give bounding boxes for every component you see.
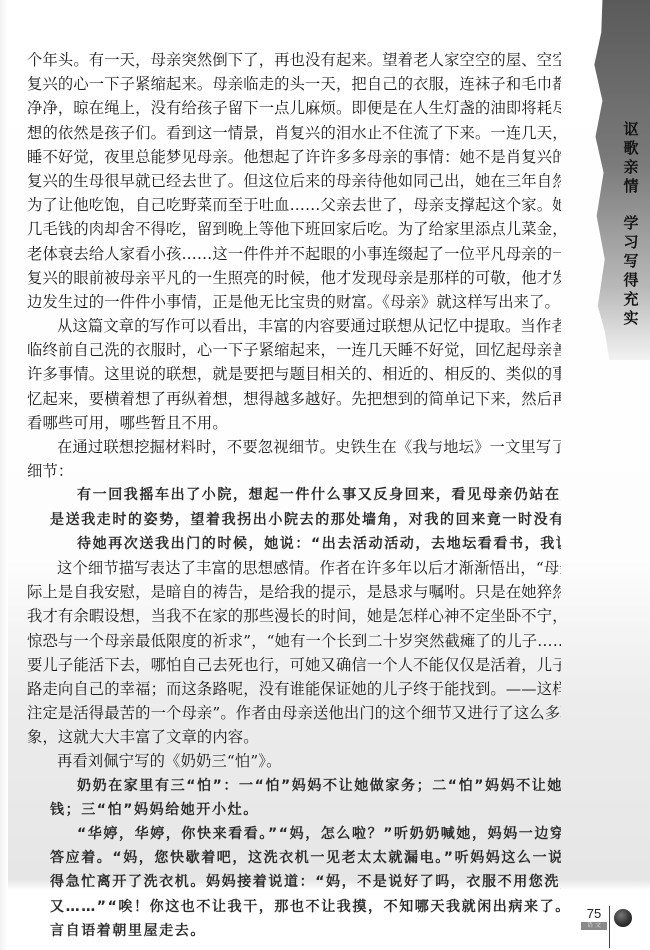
side-subtitle-char: 得	[622, 271, 640, 290]
side-title-char: 歌	[622, 139, 640, 158]
paragraph-line: 惊恐与一个母亲最低限度的祈求”，“她有一个长到二十岁突然截瘫了的儿子……她想，只	[27, 629, 561, 653]
side-title-gap	[622, 196, 640, 214]
globe-icon	[614, 909, 632, 927]
textbook-page: 讴 歌 亲 情 学 习 写 得 充 实 个年头。有一天，母亲突然倒下了，再也没有…	[0, 0, 650, 950]
side-subtitle-char: 写	[622, 252, 640, 271]
paragraph-line: 注定是活得最苦的一个母亲”。作者由母亲送他出门的这个细节又进行了这么多联想和想	[27, 701, 561, 725]
paragraph-line: 在通过联想挖掘材料时，不要忽视细节。史铁生在《我与地坛》一文里写了这样一个	[27, 435, 561, 459]
quoted-excerpt-line: 答应着。“妈，您快歇着吧，这洗衣机一见老太太就漏电。”听妈妈这么一说，奶奶吓	[27, 846, 561, 870]
quoted-excerpt-line: 是送我走时的姿势，望着我拐出小院去的那处墙角，对我的回来竟一时没有反应。	[27, 508, 561, 532]
paragraph-line: 看哪些可用，哪些暂且不用。	[27, 411, 561, 435]
side-subtitle-char: 充	[622, 290, 640, 309]
paragraph-line: 临终前自己洗的衣服时，心一下子紧缩起来，一连几天睡不好觉，回忆起母亲善待自己的	[27, 338, 561, 362]
paragraph-line: 细节：	[27, 459, 561, 483]
side-subtitle-char: 习	[622, 233, 640, 252]
quoted-excerpt-line: 有一回我摇车出了小院，想起一件什么事又反身回来，看见母亲仍站在原地，还	[27, 483, 561, 507]
paragraph-line: 许多事情。这里说的联想，就是要把与题目相关的、相近的、相反的、类似的事，尽量回	[27, 362, 561, 386]
paragraph-line: 忆起来，要横着想了再纵着想，想得越多越好。先把想到的简单记下来，然后再分析整理，	[27, 387, 561, 411]
paragraph-line: 边发生过的一件件小事情，正是他无比宝贵的财富。《母亲》就这样写出来了。	[27, 290, 561, 314]
quoted-excerpt-line: 钱；三“怕”妈妈给她开小灶。	[27, 798, 561, 822]
paragraph-line: 几毛钱的肉却舍不得吃，留到晚上等他下班回家后吃。为了给家里添点儿菜金，她不顾年	[27, 217, 561, 241]
paragraph-line: 再看刘佩宁写的《奶奶三“怕”》。	[27, 749, 561, 773]
side-subtitle-char: 学	[622, 214, 640, 233]
paragraph-line: 象，这就大大丰富了文章的内容。	[27, 725, 561, 749]
paragraph-line: 际上是自我安慰，是暗自的祷告，是给我的提示，是恳求与嘱咐。只是在她猝然去世之后，	[27, 580, 561, 604]
footer-divider	[609, 906, 610, 948]
body-text: 个年头。有一天，母亲突然倒下了，再也没有起来。望着老人家空空的屋、空空的床，肖复…	[27, 48, 561, 943]
paragraph-line: 净净，晾在绳上，没有给孩子留下一点儿麻烦。即便是在人生灯盏的油即将耗尽之时，她	[27, 96, 561, 120]
chapter-side-banner	[592, 0, 650, 360]
quoted-excerpt-line: 待她再次送我出门的时候，她说：“出去活动活动，去地坛看看书，我说这挺好。”	[27, 532, 561, 556]
side-title-char: 讴	[622, 120, 640, 139]
scan-edge	[0, 0, 8, 950]
paragraph-line: 个年头。有一天，母亲突然倒下了，再也没有起来。望着老人家空空的屋、空空的床，肖	[27, 48, 561, 72]
paragraph-line: 想的依然是孩子们。看到这一情景，肖复兴的泪水止不住流了下来。一连几天，他怎么也	[27, 121, 561, 145]
chapter-side-title: 讴 歌 亲 情 学 习 写 得 充 实	[622, 120, 640, 328]
quoted-excerpt-line: 得急忙离开了洗衣机。妈妈接着说道：“妈，不是说好了吗，衣服不用您洗，您怎么	[27, 870, 561, 894]
paragraph-line: 从这篇文章的写作可以看出，丰富的内容要通过联想从记忆中提取。当作者看到母亲	[27, 314, 561, 338]
paragraph-line: 复兴的生母很早就已经去世了。但这位后来的母亲待他如同己出，她在三年自然灾害期间	[27, 169, 561, 193]
quoted-excerpt-line: “华婷，华婷，你快来看看。”“妈，怎么啦？”听奶奶喊她，妈妈一边穿鞋，一边	[27, 822, 561, 846]
page-number: 75	[582, 906, 606, 921]
paragraph-line: 睡不好觉，夜里总能梦见母亲。他想起了许许多多母亲的事情：她不是肖复兴的生母，肖	[27, 145, 561, 169]
paragraph-line: 为了让他吃饱，自己吃野菜而至于吐血……父亲去世了，母亲支撑起这个家。她每天只买	[27, 193, 561, 217]
paragraph-line: 复兴的眼前被母亲平凡的一生照亮的时候，他才发现母亲是那样的可敬，他才发现在他身	[27, 266, 561, 290]
paragraph-line: 复兴的心一下子紧缩起来。母亲临走的头一天，把自己的衣服，连袜子和毛巾都洗得干干	[27, 72, 561, 96]
quoted-excerpt-line: 奶奶在家里有三“怕”：一“怕”妈妈不让她做家务；二“怕”妈妈不让她“花”	[27, 774, 561, 798]
quoted-excerpt-line: 又……”“唉！你这也不让我干，那也不让我摸，不知哪天我就闲出病来了。”奶奶自	[27, 895, 561, 919]
paragraph-line: 老体衰去给人家看小孩……这一件件并不起眼的小事连缀起了一位平凡母亲的一生。当肖	[27, 242, 561, 266]
side-subtitle-char: 实	[622, 309, 640, 328]
paragraph-line: 我才有余暇设想，当我不在家的那些漫长的时间，她是怎样心神不定坐卧不宁，兼着痛苦、	[27, 604, 561, 628]
paragraph-line: 要儿子能活下去，哪怕自己去死也行，可她又确信一个人不能仅仅是活着，儿子得有一条	[27, 653, 561, 677]
paragraph-line: 这个细节描写表达了丰富的思想感情。作者在许多年以后才渐渐悟出，“母亲这话实	[27, 556, 561, 580]
subject-label: 语 文	[581, 922, 607, 930]
quoted-excerpt-line: 言自语着朝里屋走去。	[27, 919, 561, 943]
side-title-char: 亲	[622, 158, 640, 177]
side-title-char: 情	[622, 177, 640, 196]
paragraph-line: 路走向自己的幸福；而这条路呢，没有谁能保证她的儿子终于能找到。——这样一个母亲，	[27, 677, 561, 701]
